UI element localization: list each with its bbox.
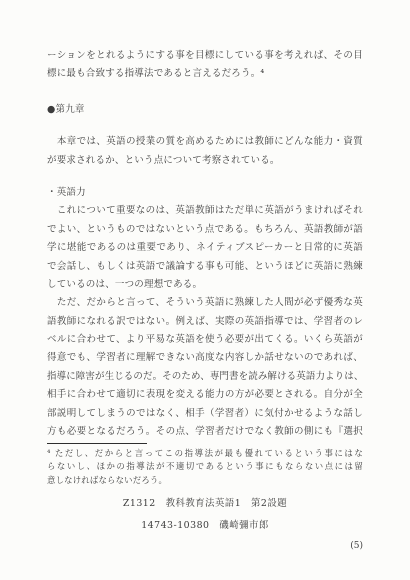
text-line: 本章では、英語の授業の質を高めるためには教師にどんな能力・資質 bbox=[47, 133, 363, 151]
text-line: 部説明してしまうのではなく、相手（学習者）に気付かせるような話し bbox=[47, 405, 363, 423]
text-line: ただ、だからと言って、そういう英語に熟練した人間が必ず優秀な英 bbox=[47, 294, 363, 312]
footnote-lines: ⁴ ただし、だからと言ってこの指導法が最も優れているという事にはならないし、ほか… bbox=[47, 447, 363, 487]
text-line: 標に最も合致する指導法であると言えるだろう。⁴ bbox=[47, 65, 363, 83]
subsection-heading: ・英語力 bbox=[47, 184, 363, 202]
text-line: 意しなければならないだろう。 bbox=[47, 474, 363, 487]
text-line: ⁴ ただし、だからと言ってこの指導法が最も優れているという事にはな bbox=[47, 447, 363, 460]
text-line: 方も必要となるだろう。その点、学習者だけでなく教師の側にも『選択 bbox=[47, 423, 363, 441]
line-spacer bbox=[47, 119, 363, 133]
text-line: しているのは、一つの理想である。 bbox=[47, 276, 363, 294]
text-line: でよい、というものではないという点である。もちろん、英語教師が語 bbox=[47, 221, 363, 239]
student-id-name-line: 14743-10380 磯崎彌市郎 bbox=[47, 519, 363, 532]
course-title-line: Z1312 教科教育法英語1 第2設題 bbox=[47, 497, 363, 510]
footnote-separator bbox=[47, 443, 147, 444]
text-line: 学に堪能であるのは重要であり、ネイティブスピーカーと日常的に英語 bbox=[47, 239, 363, 257]
text-line: 相手に合わせて適切に表現を変える能力の方が必要とされる。自分が全 bbox=[47, 386, 363, 404]
section-heading: ●第九章 bbox=[47, 101, 363, 119]
text-line: 語教師になれる訳ではない。例えば、実際の英語指導では、学習者のレ bbox=[47, 313, 363, 331]
footnote-block: ⁴ ただし、だからと言ってこの指導法が最も優れているという事にはならないし、ほか… bbox=[47, 443, 363, 487]
page-number: (5) bbox=[350, 540, 363, 552]
text-line: 指導に障害が生じるのだ。そのため、専門書を読み解ける英語力よりは、 bbox=[47, 368, 363, 386]
text-line: が要求されるか、という点について考察されている。 bbox=[47, 152, 363, 170]
main-text-block: ーションをとれるようにする事を目標にしている事を考えれば、その目標に最も合致する… bbox=[47, 47, 363, 441]
document-page: ーションをとれるようにする事を目標にしている事を考えれば、その目標に最も合致する… bbox=[0, 0, 410, 580]
text-line: らないし、ほかの指導法が不適切であるという事にもならない点には留 bbox=[47, 460, 363, 473]
text-line: で会話し、もしくは英語で議論する事も可能、というほどに英語に熟練 bbox=[47, 258, 363, 276]
text-line: これについて重要なのは、英語教師はただ単に英語がうまければそれ bbox=[47, 202, 363, 220]
line-spacer bbox=[47, 84, 363, 101]
text-line: ベルに合わせて、より平易な英語を使う必要が出てくる。いくら英語が bbox=[47, 331, 363, 349]
text-line: 得意でも、学習者に理解できない高度な内容しか話せないのであれば、 bbox=[47, 349, 363, 367]
line-spacer bbox=[47, 170, 363, 184]
text-line: ーションをとれるようにする事を目標にしている事を考えれば、その目 bbox=[47, 47, 363, 65]
